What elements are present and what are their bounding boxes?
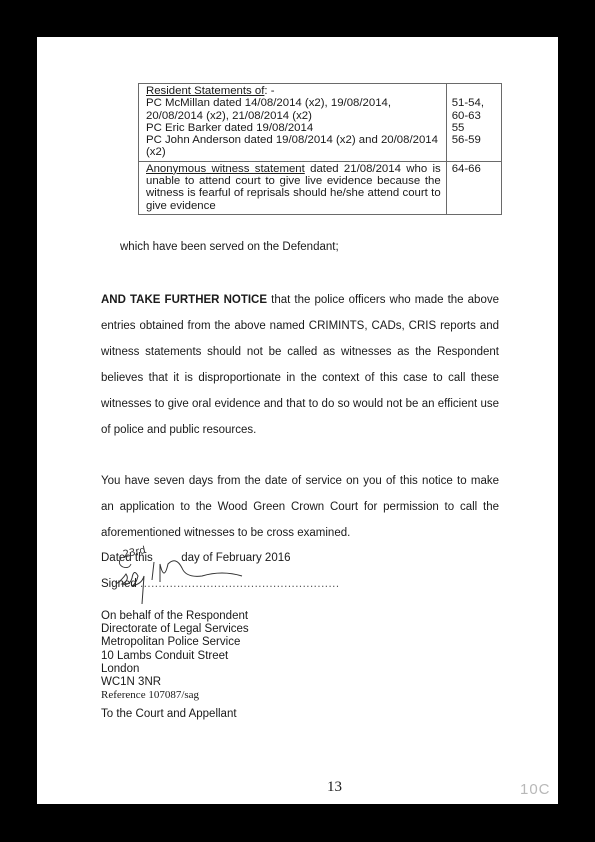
anonymous-statement-heading: Anonymous witness statement	[146, 163, 305, 175]
page-number: 13	[327, 779, 342, 796]
handwritten-signature: 23rd	[102, 544, 302, 614]
handwritten-stamp: 10C	[520, 781, 551, 798]
evidence-description-cell: Anonymous witness statement dated 21/08/…	[139, 161, 447, 214]
further-notice-paragraph: AND TAKE FURTHER NOTICE that the police …	[101, 293, 499, 449]
evidence-description-cell: Resident Statements of: - PC McMillan da…	[139, 84, 447, 162]
served-text: which have been served on the Defendant;	[120, 241, 339, 254]
seven-days-paragraph: You have seven days from the date of ser…	[101, 474, 499, 552]
evidence-table: Resident Statements of: - PC McMillan da…	[138, 83, 502, 215]
document-page: Resident Statements of: - PC McMillan da…	[37, 37, 558, 804]
evidence-pages-cell: 51-54, 60-63 55 56-59	[446, 84, 501, 162]
table-row: Resident Statements of: - PC McMillan da…	[139, 84, 502, 162]
svg-text:23rd: 23rd	[122, 545, 147, 561]
signatory-block: On behalf of the Respondent Directorate …	[101, 610, 249, 702]
addressee: To the Court and Appellant	[101, 708, 237, 721]
reference-number: Reference 107087/sag	[101, 689, 249, 702]
resident-statements-heading: Resident Statements of	[146, 85, 264, 97]
evidence-pages-cell: 64-66	[446, 161, 501, 214]
table-row: Anonymous witness statement dated 21/08/…	[139, 161, 502, 214]
